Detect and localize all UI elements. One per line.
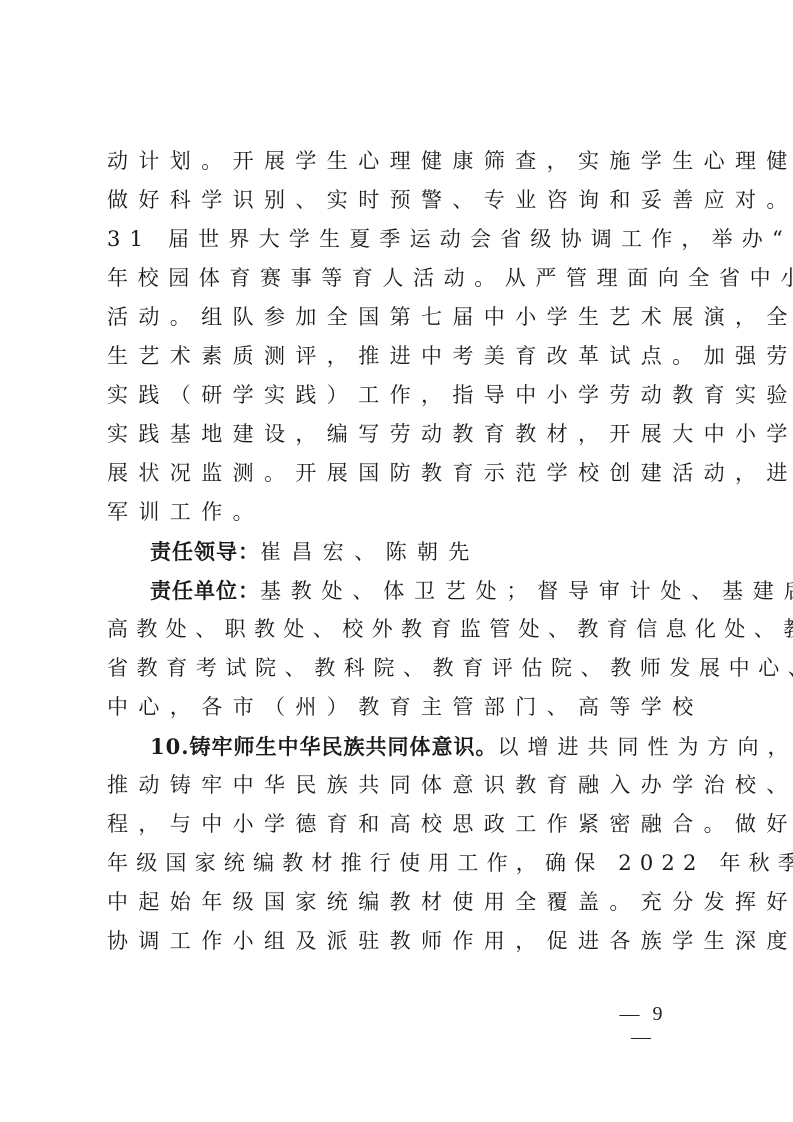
text-line: 年校园体育赛事等育人活动。从严管理面向全省中小学生的竞赛 — [107, 259, 697, 298]
text-line: 推动铸牢中华民族共同体意识教育融入办学治校、教书育人全过 — [107, 766, 697, 805]
text-line: 省教育考试院、教科院、教育评估院、教师发展中心、国资装备 — [107, 649, 697, 688]
text-line: 中起始年级国家统编教材使用全覆盖。充分发挥好新疆驻川教育 — [107, 883, 697, 922]
text-line: 展状况监测。开展国防教育示范学校创建活动，进一步规范学生 — [107, 454, 697, 493]
section-10-intro: 以增进共同性为方向， — [498, 735, 793, 759]
text-line: 实践基地建设，编写劳动教育教材，开展大中小学生劳动素养发 — [107, 415, 697, 454]
text-line: 年级国家统编教材推行使用工作，确保 2022 年秋季学期普通高 — [107, 844, 697, 883]
responsible-units-label: 责任单位： — [150, 578, 260, 603]
document-page: 动计划。开展学生心理健康筛查，实施学生心理健康促进计划， 做好科学识别、实时预警… — [0, 0, 793, 1122]
text-line: 军训工作。 — [107, 493, 697, 532]
text-line: 活动。组队参加全国第七届中小学生艺术展演，全面实施中小学 — [107, 298, 697, 337]
body-text: 动计划。开展学生心理健康筛查，实施学生心理健康促进计划， 做好科学识别、实时预警… — [107, 142, 697, 961]
text-line: 实践（研学实践）工作，指导中小学劳动教育实验区、实验校和 — [107, 376, 697, 415]
section-10-heading: 10.铸牢师生中华民族共同体意识。 — [150, 734, 498, 759]
responsible-leaders-label: 责任领导： — [150, 539, 260, 564]
text-line: 协调工作小组及派驻教师作用，促进各族学生深度交融。全面落 — [107, 922, 697, 961]
text-line: 中心，各市（州）教育主管部门、高等学校 — [107, 688, 697, 727]
section-10-heading-line: 10.铸牢师生中华民族共同体意识。以增进共同性为方向， — [107, 727, 697, 766]
text-line: 31 届世界大学生夏季运动会省级协调工作，举办“贡嘎杯”青少 — [107, 220, 697, 259]
page-number: — 9 — — [608, 1003, 678, 1049]
text-line: 程，与中小学德育和高校思政工作紧密融合。做好普通高中起始 — [107, 805, 697, 844]
responsible-units-value: 基教处、体卫艺处；督导审计处、基建后勤处、 — [260, 579, 793, 603]
text-line: 高教处、职教处、校外教育监管处、教育信息化处、教师工作处、 — [107, 610, 697, 649]
responsible-leaders: 责任领导：崔昌宏、陈朝先 — [107, 532, 697, 571]
responsible-leaders-value: 崔昌宏、陈朝先 — [260, 540, 480, 564]
responsible-units: 责任单位：基教处、体卫艺处；督导审计处、基建后勤处、 — [107, 571, 697, 610]
text-line: 做好科学识别、实时预警、专业咨询和妥善应对。做好成都第 — [107, 181, 697, 220]
text-line: 生艺术素质测评，推进中考美育改革试点。加强劳动教育、综合 — [107, 337, 697, 376]
text-line: 动计划。开展学生心理健康筛查，实施学生心理健康促进计划， — [107, 142, 697, 181]
